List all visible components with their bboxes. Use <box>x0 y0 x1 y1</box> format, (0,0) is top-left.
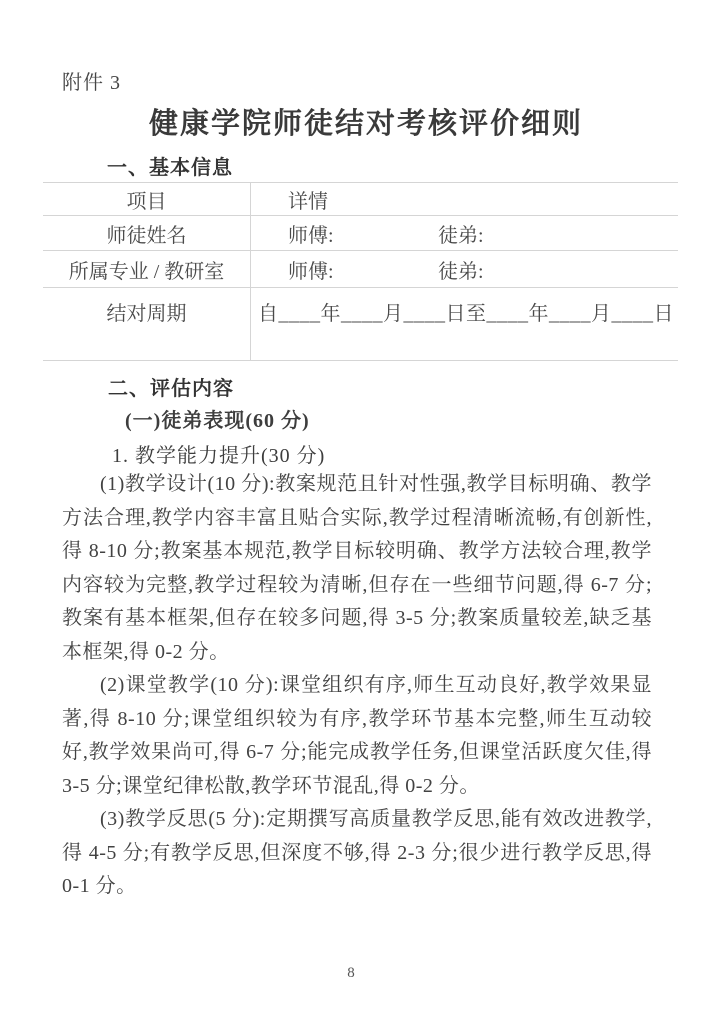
evaluation-criteria-text: (1)教学设计(10 分):教案规范且针对性强,教学目标明确、教学方法合理,教学… <box>62 468 652 904</box>
table-header-detail: 详情 <box>251 183 679 216</box>
row-value-period: 自____年____月____日至____年____月____日 <box>251 288 679 361</box>
section-heading-evaluation: 二、评估内容 <box>108 372 234 401</box>
paragraph-classroom-teaching: (2)课堂教学(10 分):课堂组织有序,师生互动良好,教学效果显著,得 8-1… <box>62 669 652 803</box>
section-heading-basic-info: 一、基本信息 <box>107 151 233 180</box>
table-header-row: 项目 详情 <box>43 183 678 216</box>
row-value-names: 师傅: 徒弟: <box>251 216 679 251</box>
table-row-period: 结对周期 自____年____月____日至____年____月____日 <box>43 288 678 361</box>
item-group-teaching-ability: 1. 教学能力提升(30 分) <box>112 439 325 468</box>
page-number: 8 <box>0 965 702 982</box>
basic-info-table: 项目 详情 师徒姓名 师傅: 徒弟: 所属专业 / 教研室 师傅: 徒弟: 结对… <box>43 182 678 361</box>
row-value-major: 师傅: 徒弟: <box>251 251 679 288</box>
table-row-names: 师徒姓名 师傅: 徒弟: <box>43 216 678 251</box>
table-row-major: 所属专业 / 教研室 师傅: 徒弟: <box>43 251 678 288</box>
document-page: 附件 3 健康学院师徒结对考核评价细则 一、基本信息 项目 详情 师徒姓名 师傅… <box>0 0 702 1025</box>
subsection-apprentice-performance: (一)徒弟表现(60 分) <box>125 404 310 433</box>
paragraph-teaching-design: (1)教学设计(10 分):教案规范且针对性强,教学目标明确、教学方法合理,教学… <box>62 468 652 669</box>
apprentice-major-label: 徒弟: <box>438 261 484 283</box>
row-label-period: 结对周期 <box>43 288 251 361</box>
attachment-label: 附件 3 <box>62 66 121 95</box>
document-title: 健康学院师徒结对考核评价细则 <box>0 101 702 142</box>
row-label-major: 所属专业 / 教研室 <box>43 251 251 288</box>
paragraph-teaching-reflection: (3)教学反思(5 分):定期撰写高质量教学反思,能有效改进教学,得 4-5 分… <box>62 803 652 904</box>
row-label-names: 师徒姓名 <box>43 216 251 251</box>
apprentice-name-label: 徒弟: <box>438 225 484 247</box>
mentor-name-label: 师傅: <box>288 219 433 248</box>
table-header-project: 项目 <box>43 183 251 216</box>
mentor-major-label: 师傅: <box>288 255 433 284</box>
